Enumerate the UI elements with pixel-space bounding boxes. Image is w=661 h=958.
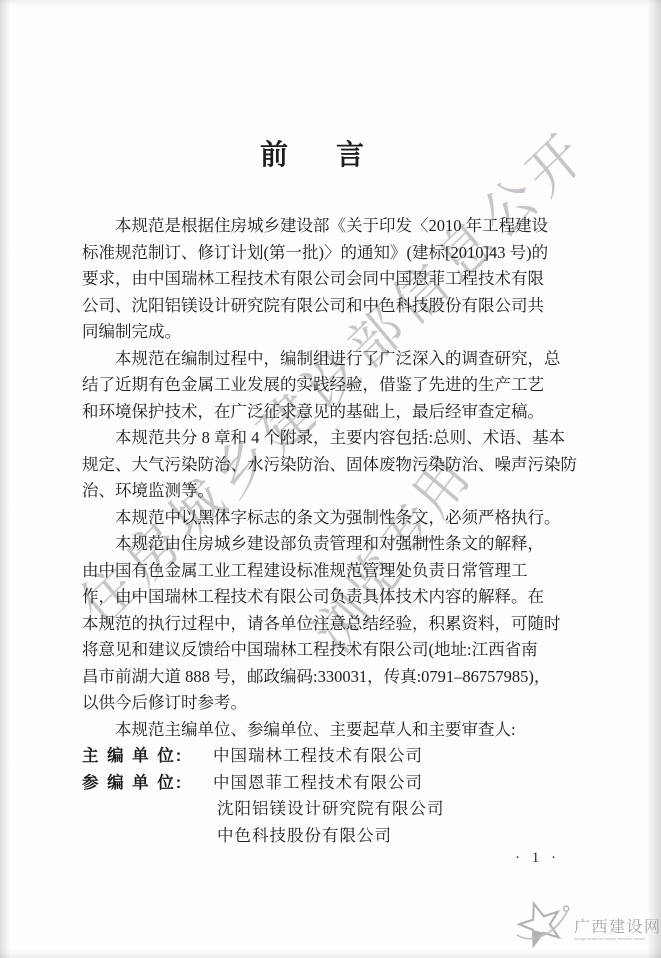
chief-editor-label: 主 编 单 位: xyxy=(82,743,213,770)
page-content: 前言 本规范是根据住房城乡建设部《关于印发〈2010 年工程建设 标准规范制订、… xyxy=(0,0,661,958)
body-line: 要求，由中国瑞林工程技术有限公司会同中国恩菲工程技术有限 xyxy=(82,266,542,293)
body-line: 治、环境监测等。 xyxy=(82,478,542,505)
body-line: 结了近期有色金属工业发展的实践经验，借鉴了先进的生产工艺 xyxy=(82,372,542,399)
star-icon xyxy=(514,896,572,958)
participating-editor-line: 沈阳铝镁设计研究院有限公司 xyxy=(82,796,542,823)
chief-editor-line: 主 编 单 位:中国瑞林工程技术有限公司 xyxy=(82,743,542,770)
body-line: 规定、大气污染防治、水污染防治、固体废物污染防治、噪声污染防 xyxy=(82,452,542,479)
chief-editor-company: 中国瑞林工程技术有限公司 xyxy=(213,746,423,765)
body-line-mandatory-clause: 本规范中以黑体字标志的条文为强制性条文，必须严格执行。 xyxy=(82,505,542,532)
body-line: 本规范由住房城乡建设部负责管理和对强制性条文的解释， xyxy=(82,531,542,558)
body-line: 本规范的执行过程中，请各单位注意总结经验，积累资料，可随时 xyxy=(82,611,542,638)
site-logo: 广西建设网 Guangxi construction industry info… xyxy=(514,896,661,958)
body-line: 和环境保护技术，在广泛征求意见的基础上，最后经审查定稿。 xyxy=(82,399,542,426)
site-logo-text: 广西建设网 Guangxi construction industry info… xyxy=(574,914,661,942)
body-line: 以供今后修订时参考。 xyxy=(82,690,542,717)
document-page: 住房城乡建设部信息公开 浏览专用 前言 本规范是根据住房城乡建设部《关于印发〈2… xyxy=(0,0,661,958)
body-line: 作，由中国瑞林工程技术有限公司负责具体技术内容的解释。在 xyxy=(82,584,542,611)
site-logo-name: 广西建设网 xyxy=(574,919,661,936)
body-line: 昌市前湖大道 888 号，邮政编码:330031，传真:0791–8675798… xyxy=(82,664,542,691)
preface-title: 前言 xyxy=(82,133,542,173)
body-line: 由中国有色金属工业工程建设标准规范管理处负责日常管理工 xyxy=(82,558,542,585)
participating-editor-line: 参 编 单 位:中国恩菲工程技术有限公司 xyxy=(82,770,542,797)
page-number: · 1 · xyxy=(0,850,560,867)
body-line: 本规范在编制过程中，编制组进行了广泛深入的调查研究，总 xyxy=(82,346,542,373)
participating-editor-line: 中色科技股份有限公司 xyxy=(82,823,542,850)
preface-body: 本规范是根据住房城乡建设部《关于印发〈2010 年工程建设 标准规范制订、修订计… xyxy=(82,213,542,849)
body-line: 本规范共分 8 章和 4 个附录，主要内容包括:总则、术语、基本 xyxy=(82,425,542,452)
participating-editor-label: 参 编 单 位: xyxy=(82,770,213,797)
body-line: 公司、沈阳铝镁设计研究院有限公司和中色科技股份有限公司共 xyxy=(82,293,542,320)
participating-company: 中色科技股份有限公司 xyxy=(217,826,392,845)
body-line: 将意见和建议反馈给中国瑞林工程技术有限公司(地址:江西省南 xyxy=(82,637,542,664)
body-line: 本规范是根据住房城乡建设部《关于印发〈2010 年工程建设 xyxy=(82,213,542,240)
participating-company: 中国恩菲工程技术有限公司 xyxy=(213,773,423,792)
body-line: 同编制完成。 xyxy=(82,319,542,346)
body-line: 标准规范制订、修订计划(第一批)〉的通知》(建标[2010]43 号)的 xyxy=(82,240,542,267)
participating-company: 沈阳铝镁设计研究院有限公司 xyxy=(217,799,445,818)
site-logo-tagline: Guangxi construction industry informatio… xyxy=(574,937,645,939)
body-line: 本规范主编单位、参编单位、主要起草人和主要审查人: xyxy=(82,717,542,744)
